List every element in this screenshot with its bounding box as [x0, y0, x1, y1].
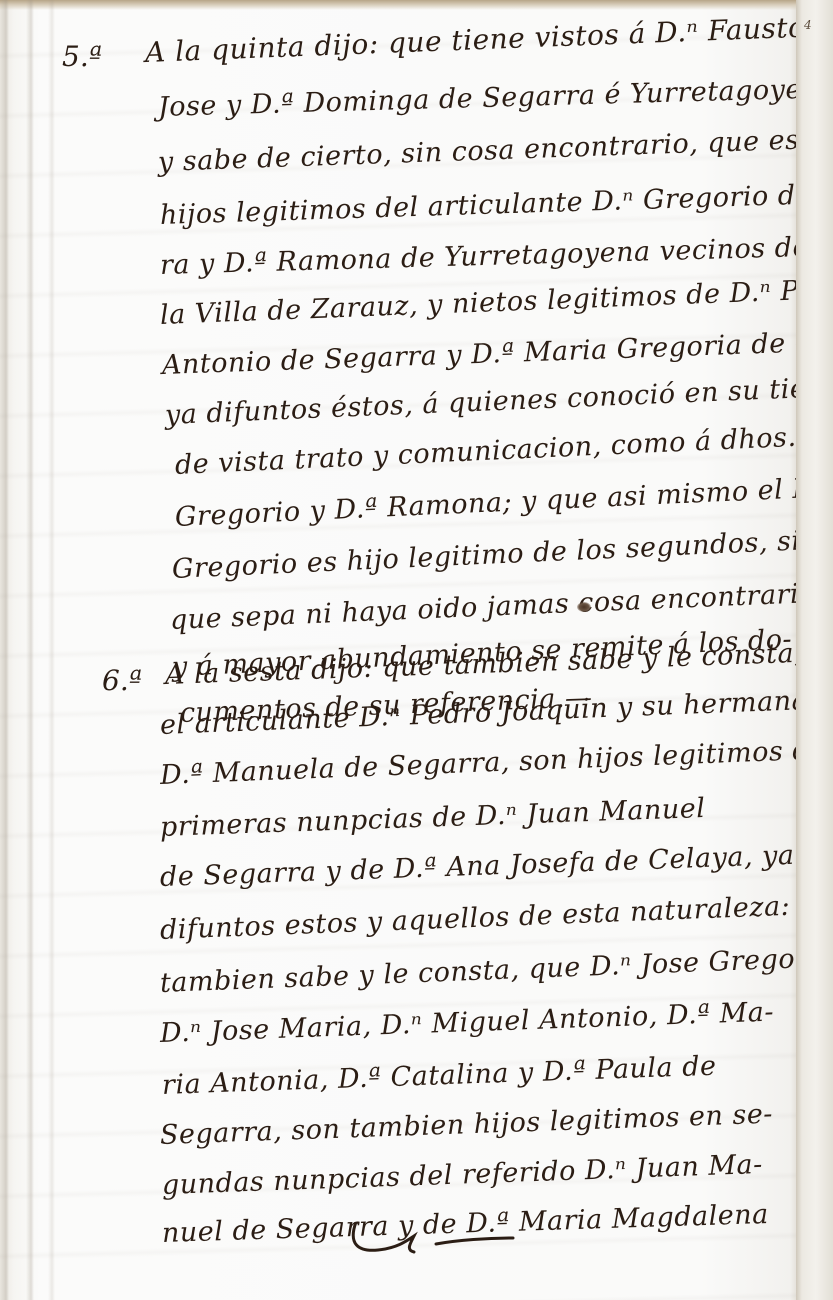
text-line: D.ⁿ Jose Maria, D.ⁿ Miguel Antonio, D.ª … [159, 997, 774, 1049]
text-line: Gregorio y D.ª Ramona; y que asi mismo e… [174, 472, 796, 533]
text-line: de Segarra y de D.ª Ana Josefa de Celaya… [159, 840, 794, 893]
text-line: Antonio de Segarra y D.ª Maria Gregoria … [161, 324, 796, 381]
text-line: la Villa de Zarauz, y nietos legitimos d… [159, 273, 796, 331]
margin-label-6: 6.ª [102, 664, 142, 697]
text-line: y sabe de cierto, sin cosa encontrario, … [157, 121, 796, 178]
text-line: Jose y D.ª Dominga de Segarra é Yurretag… [158, 73, 796, 123]
text-line: primeras nunpcias de D.ⁿ Juan Manuel [159, 793, 705, 843]
text-line: D.ª Manuela de Segarra, son hijos legiti… [159, 734, 796, 791]
text-line: gundas nunpcias del referido D.ⁿ Juan Ma… [161, 1149, 763, 1201]
text-line: Gregorio es hijo legitimo de los segundo… [171, 525, 796, 585]
text-line: difuntos estos y aquellos de esta natura… [159, 888, 796, 946]
text-line: ya difuntos éstos, á quienes conoció en … [164, 370, 796, 431]
text-line: ra y D.ª Ramona de Yurretagoyena vecinos… [160, 232, 796, 281]
text-line: Segarra, son tambien hijos legitimos en … [159, 1099, 773, 1151]
ink-blot [577, 602, 591, 612]
text-line: hijos legitimos del articulante D.ⁿ Greg… [160, 176, 796, 231]
text-line: de vista trato y comunicacion, como á dh… [174, 419, 796, 480]
adjacent-page-mark: 4 [804, 18, 812, 32]
closing-flourish-icon [348, 1222, 518, 1262]
page-edge-stack [0, 0, 56, 1300]
adjacent-page-edge [796, 0, 833, 1300]
margin-label-5: 5.ª [62, 40, 102, 73]
text-line: tambien sabe y le consta, que D.ⁿ Jose G… [159, 942, 796, 999]
manuscript-page: 5.ª A la quinta dijo: que tiene vistos á… [0, 0, 796, 1300]
text-line: ria Antonia, D.ª Catalina y D.ª Paula de [161, 1051, 717, 1101]
text-line: A la quinta dijo: que tiene vistos á D.ⁿ… [144, 8, 796, 69]
